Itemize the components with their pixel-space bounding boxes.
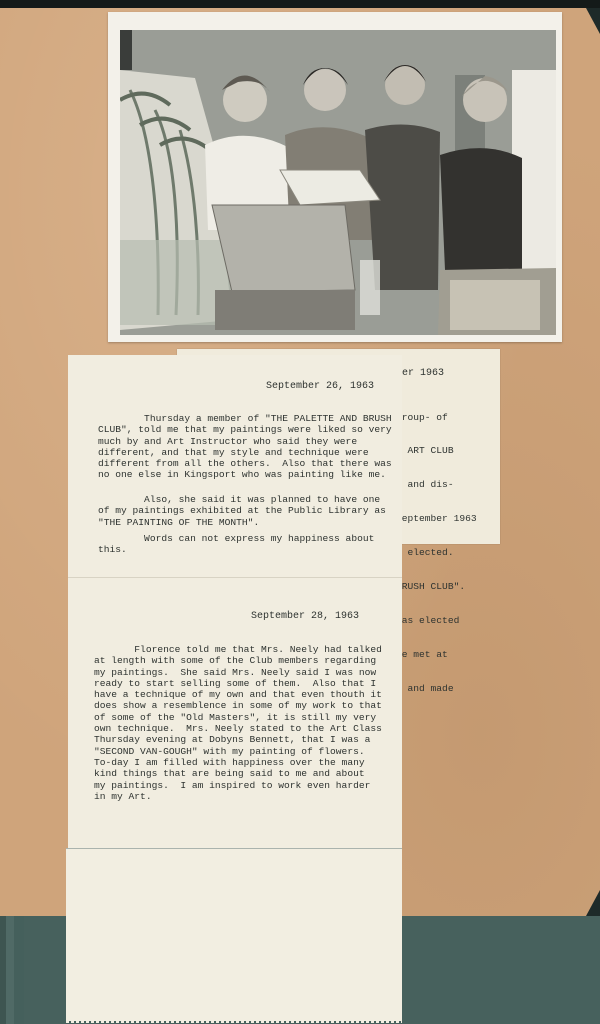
note-back-line: n ART CLUB xyxy=(396,445,477,456)
note-paragraph: Thursday a member of "THE PALETTE AND BR… xyxy=(98,413,392,481)
note-back-line: group- of xyxy=(396,412,477,423)
note-paragraph: Also, she said it was planned to have on… xyxy=(98,494,386,528)
note-sept-26: September 26, 1963 Thursday a member of … xyxy=(68,355,402,577)
note-blank xyxy=(66,848,402,1021)
note-back-line: d and dis- xyxy=(396,479,477,490)
note-back-text: group- of n ART CLUB d and dis- Septembe… xyxy=(396,389,477,717)
note-back-line: s elected. xyxy=(396,547,477,558)
photo-scene-icon xyxy=(120,30,556,335)
note-back-line: September 1963 xyxy=(396,513,477,524)
note-date: September 26, 1963 xyxy=(266,381,374,392)
note-back-line: was elected xyxy=(396,615,477,626)
note-paragraph: Florence told me that Mrs. Neely had tal… xyxy=(94,644,382,802)
note-back-line: We met at xyxy=(396,649,477,660)
photograph xyxy=(108,12,562,342)
note-paragraph: Words can not express my happiness about… xyxy=(98,533,374,556)
note-back-line: BRUSH CLUB". xyxy=(396,581,477,592)
photo-image xyxy=(120,30,556,335)
note-sept-28: September 28, 1963 Florence told me that… xyxy=(68,577,402,848)
deckle-edge xyxy=(66,1020,402,1023)
note-date: September 28, 1963 xyxy=(251,611,359,622)
note-back-date: ber 1963 xyxy=(396,368,444,379)
note-back-line: d and made xyxy=(396,683,477,694)
